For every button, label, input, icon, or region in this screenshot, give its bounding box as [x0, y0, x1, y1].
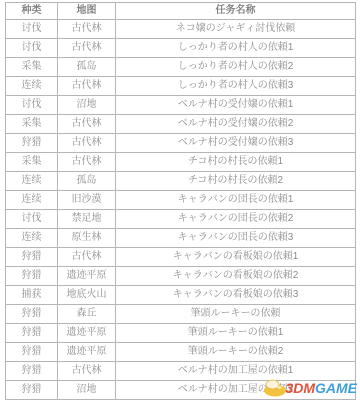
quest-map-cell: 古代林	[58, 39, 116, 58]
quest-name-cell: ネコ嬢のジャギィ討伐依頼	[116, 20, 356, 39]
table-row: 讨伐禁足地キャラバンの団長の依頼2	[6, 210, 356, 229]
table-row: 采集古代林チコ村の村長の依頼1	[6, 153, 356, 172]
table-row: 连续孤岛チコ村の村長の依頼2	[6, 172, 356, 191]
table-row: 狩猎遗迹平原キャラバンの看板娘の依頼2	[6, 267, 356, 286]
column-header-type: 种类	[6, 3, 58, 20]
quest-type-cell: 讨伐	[6, 96, 58, 115]
quest-type-cell: 连续	[6, 172, 58, 191]
quest-name-cell: キャラバンの看板娘の依頼3	[116, 286, 356, 305]
quest-name-cell: キャラバンの看板娘の依頼1	[116, 248, 356, 267]
table-row: 狩猎遗迹平原筆頭ルーキーの依頼1	[6, 324, 356, 343]
quest-map-cell: 遗迹平原	[58, 343, 116, 362]
table-row: 连续古代林しっかり者の村人の依頼3	[6, 77, 356, 96]
quest-name-cell: しっかり者の村人の依頼3	[116, 77, 356, 96]
quest-name-cell: 筆頭ルーキーの依頼1	[116, 324, 356, 343]
table-row: 连续原生林キャラバンの団長の依頼3	[6, 229, 356, 248]
table-row: 狩猎古代林キャラバンの看板娘の依頼1	[6, 248, 356, 267]
quest-type-cell: 讨伐	[6, 39, 58, 58]
column-header-quest-name: 任务名称	[116, 3, 356, 20]
quest-map-cell: 古代林	[58, 134, 116, 153]
quest-map-cell: 古代林	[58, 153, 116, 172]
table-row: 讨伐古代林しっかり者の村人の依頼1	[6, 39, 356, 58]
quest-map-cell: 古代林	[58, 248, 116, 267]
quest-name-cell: チコ村の村長の依頼2	[116, 172, 356, 191]
quest-table-body: 讨伐古代林ネコ嬢のジャギィ討伐依頼讨伐古代林しっかり者の村人の依頼1采集孤岛しっ…	[6, 20, 356, 400]
table-row: 采集古代林ベルナ村の受付嬢の依頼2	[6, 115, 356, 134]
quest-type-cell: 连续	[6, 229, 58, 248]
quest-name-cell: キャラバンの団長の依頼1	[116, 191, 356, 210]
table-row: 采集孤岛しっかり者の村人の依頼2	[6, 58, 356, 77]
quest-type-cell: 采集	[6, 153, 58, 172]
quest-map-cell: 森丘	[58, 305, 116, 324]
quest-map-cell: 沼地	[58, 96, 116, 115]
quest-name-cell: 筆頭ルーキーの依頼2	[116, 343, 356, 362]
quest-name-cell: ベルナ村の加工屋の依頼1	[116, 362, 356, 381]
quest-type-cell: 采集	[6, 58, 58, 77]
quest-name-cell: ベルナ村の受付嬢の依頼1	[116, 96, 356, 115]
quest-type-cell: 讨伐	[6, 210, 58, 229]
table-row: 狩猎森丘筆頭ルーキーの依頼	[6, 305, 356, 324]
quest-name-cell: チコ村の村長の依頼1	[116, 153, 356, 172]
table-row: 狩猎遗迹平原筆頭ルーキーの依頼2	[6, 343, 356, 362]
quest-type-cell: 狩猎	[6, 324, 58, 343]
quest-map-cell: 遗迹平原	[58, 324, 116, 343]
table-row: 狩猎沼地ベルナ村の加工屋の依頼2	[6, 381, 356, 400]
quest-type-cell: 狩猎	[6, 248, 58, 267]
quest-name-cell: キャラバンの団長の依頼3	[116, 229, 356, 248]
quest-map-cell: 地底火山	[58, 286, 116, 305]
quest-type-cell: 捕获	[6, 286, 58, 305]
quest-name-cell: しっかり者の村人の依頼1	[116, 39, 356, 58]
quest-type-cell: 连续	[6, 191, 58, 210]
quest-map-cell: 古代林	[58, 20, 116, 39]
quest-name-cell: ベルナ村の受付嬢の依頼3	[116, 134, 356, 153]
table-row: 讨伐沼地ベルナ村の受付嬢の依頼1	[6, 96, 356, 115]
quest-name-cell: キャラバンの団長の依頼2	[116, 210, 356, 229]
quest-name-cell: ベルナ村の加工屋の依頼2	[116, 381, 356, 400]
quest-type-cell: 讨伐	[6, 20, 58, 39]
quest-name-cell: しっかり者の村人の依頼2	[116, 58, 356, 77]
quest-map-cell: 遗迹平原	[58, 267, 116, 286]
quest-map-cell: 原生林	[58, 229, 116, 248]
quest-type-cell: 狩猎	[6, 267, 58, 286]
table-row: 捕获地底火山キャラバンの看板娘の依頼3	[6, 286, 356, 305]
table-row: 狩猎古代林ベルナ村の加工屋の依頼1	[6, 362, 356, 381]
quest-type-cell: 狩猎	[6, 381, 58, 400]
quest-type-cell: 连续	[6, 77, 58, 96]
quest-map-cell: 古代林	[58, 77, 116, 96]
quest-type-cell: 狩猎	[6, 362, 58, 381]
quest-map-cell: 孤岛	[58, 58, 116, 77]
quest-map-cell: 古代林	[58, 362, 116, 381]
quest-table-header-row: 种类地图任务名称	[6, 3, 356, 20]
table-row: 连续旧沙漠キャラバンの団長の依頼1	[6, 191, 356, 210]
column-header-map: 地图	[58, 3, 116, 20]
quest-type-cell: 采集	[6, 115, 58, 134]
quest-table: 种类地图任务名称 讨伐古代林ネコ嬢のジャギィ討伐依頼讨伐古代林しっかり者の村人の…	[5, 2, 356, 400]
quest-type-cell: 狩猎	[6, 134, 58, 153]
table-row: 狩猎古代林ベルナ村の受付嬢の依頼3	[6, 134, 356, 153]
quest-map-cell: 孤岛	[58, 172, 116, 191]
quest-name-cell: 筆頭ルーキーの依頼	[116, 305, 356, 324]
table-row: 讨伐古代林ネコ嬢のジャギィ討伐依頼	[6, 20, 356, 39]
quest-map-cell: 旧沙漠	[58, 191, 116, 210]
quest-name-cell: ベルナ村の受付嬢の依頼2	[116, 115, 356, 134]
quest-type-cell: 狩猎	[6, 305, 58, 324]
quest-map-cell: 古代林	[58, 115, 116, 134]
quest-name-cell: キャラバンの看板娘の依頼2	[116, 267, 356, 286]
quest-map-cell: 禁足地	[58, 210, 116, 229]
quest-map-cell: 沼地	[58, 381, 116, 400]
quest-type-cell: 狩猎	[6, 343, 58, 362]
guide-page: 种类地图任务名称 讨伐古代林ネコ嬢のジャギィ討伐依頼讨伐古代林しっかり者の村人の…	[0, 0, 360, 400]
